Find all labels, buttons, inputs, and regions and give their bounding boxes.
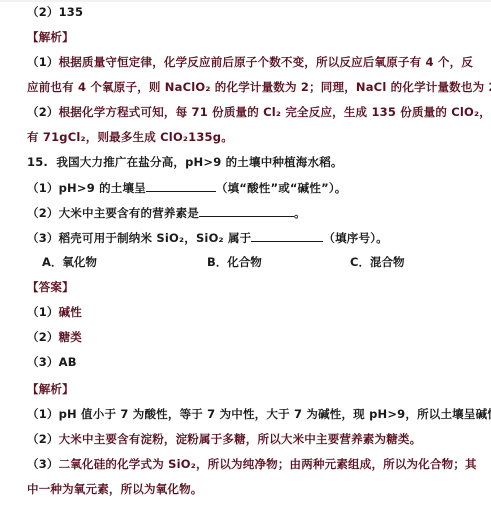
answer-item-text: 糖类 xyxy=(59,330,82,344)
answer-item-text: AB xyxy=(59,355,77,369)
analysis-p3-line2: 中一种为氧元素，所以为氧化物。 xyxy=(27,481,203,497)
part-1-suffix: （填“酸性”或“碱性”）。 xyxy=(216,181,347,195)
prev-answer-item-2: （2）135 xyxy=(27,4,83,20)
answer-item-prefix: （2） xyxy=(27,330,59,344)
question-15-part-2: （2）大米中主要含有的营养素是。 xyxy=(27,204,306,221)
analysis-p3-line1: （3）二氧化硅的化学式为 SiO₂，所以为纯净物；由两种元素组成，所以为化合物；… xyxy=(27,456,477,472)
prev-analysis-p2-text: 根据化学方程式可知，每 71 份质量的 Cl₂ 完全反应，生成 135 份质量的… xyxy=(59,105,491,119)
analysis-p1: （1）pH 值小于 7 为酸性，等于 7 为中性，大于 7 为碱性，现 pH>9… xyxy=(27,406,491,422)
prev-analysis-p1-line2: 应前也有 4 个氧原子，则 NaClO₂ 的化学计量数为 2；同理，NaCl 的… xyxy=(27,79,491,95)
answer-item-2: （2）糖类 xyxy=(27,329,82,345)
analysis-p2: （2）大米中主要含有淀粉，淀粉属于多糖，所以大米中主要营养素为糖类。 xyxy=(27,431,421,447)
answer-heading: 【答案】 xyxy=(27,279,74,295)
option-c: C．混合物 xyxy=(350,254,404,270)
part-2-prefix: （2）大米中主要含有的营养素是 xyxy=(27,206,199,220)
option-a: A．氧化物 xyxy=(42,254,97,270)
analysis-p3-text: 二氧化硅的化学式为 SiO₂，所以为纯净物；由两种元素组成，所以为化合物；其 xyxy=(59,457,477,471)
prev-analysis-p2-line1: （2）根据化学方程式可知，每 71 份质量的 Cl₂ 完全反应，生成 135 份… xyxy=(27,104,491,120)
part-3-suffix: （填序号）。 xyxy=(323,231,387,245)
document-page: （2）135 【解析】 （1）根据质量守恒定律，化学反应前后原子个数不变，所以反… xyxy=(0,0,491,528)
answer-item-3: （3）AB xyxy=(27,354,77,370)
answer-blank-1 xyxy=(146,179,216,192)
top-divider xyxy=(0,0,491,2)
answer-item-prefix: （1） xyxy=(27,305,59,319)
part-1-prefix: （1）pH>9 的土壤呈 xyxy=(27,181,146,195)
prev-analysis-p2-prefix: （2） xyxy=(27,105,59,119)
part-3-prefix: （3）稻壳可用于制纳米 SiO₂，SiO₂ 属于 xyxy=(27,231,251,245)
question-stem: 我国大力推广在盐分高，pH>9 的土壤中种植海水稻。 xyxy=(56,155,342,169)
question-15-stem: 15. 我国大力推广在盐分高，pH>9 的土壤中种植海水稻。 xyxy=(27,154,343,170)
prev-analysis-p1-line1: （1）根据质量守恒定律，化学反应前后原子个数不变，所以反应后氧原子有 4 个，反 xyxy=(27,54,473,70)
analysis-p2-prefix: （2） xyxy=(27,432,59,446)
question-15-part-1: （1）pH>9 的土壤呈（填“酸性”或“碱性”）。 xyxy=(27,179,347,196)
prev-analysis-p1-prefix: （1） xyxy=(27,55,59,69)
analysis-p3-prefix: （3） xyxy=(27,457,59,471)
answer-item-1: （1）碱性 xyxy=(27,304,82,320)
prev-analysis-heading: 【解析】 xyxy=(27,29,74,45)
part-2-suffix: 。 xyxy=(294,206,306,220)
answer-blank-2 xyxy=(199,204,294,217)
answer-item-prefix: （3） xyxy=(27,355,59,369)
answer-item-text: 碱性 xyxy=(59,305,82,319)
option-b: B．化合物 xyxy=(207,254,262,270)
analysis-heading: 【解析】 xyxy=(27,381,74,397)
prev-analysis-p2-line2: 有 71gCl₂，则最多生成 ClO₂135g。 xyxy=(27,129,233,145)
question-number: 15. xyxy=(27,155,48,169)
prev-analysis-p1-text: 根据质量守恒定律，化学反应前后原子个数不变，所以反应后氧原子有 4 个，反 xyxy=(59,55,473,69)
analysis-p2-text: 大米中主要含有淀粉，淀粉属于多糖，所以大米中主要营养素为糖类。 xyxy=(59,432,422,446)
answer-blank-3 xyxy=(251,229,323,242)
question-15-part-3: （3）稻壳可用于制纳米 SiO₂，SiO₂ 属于（填序号）。 xyxy=(27,229,388,246)
